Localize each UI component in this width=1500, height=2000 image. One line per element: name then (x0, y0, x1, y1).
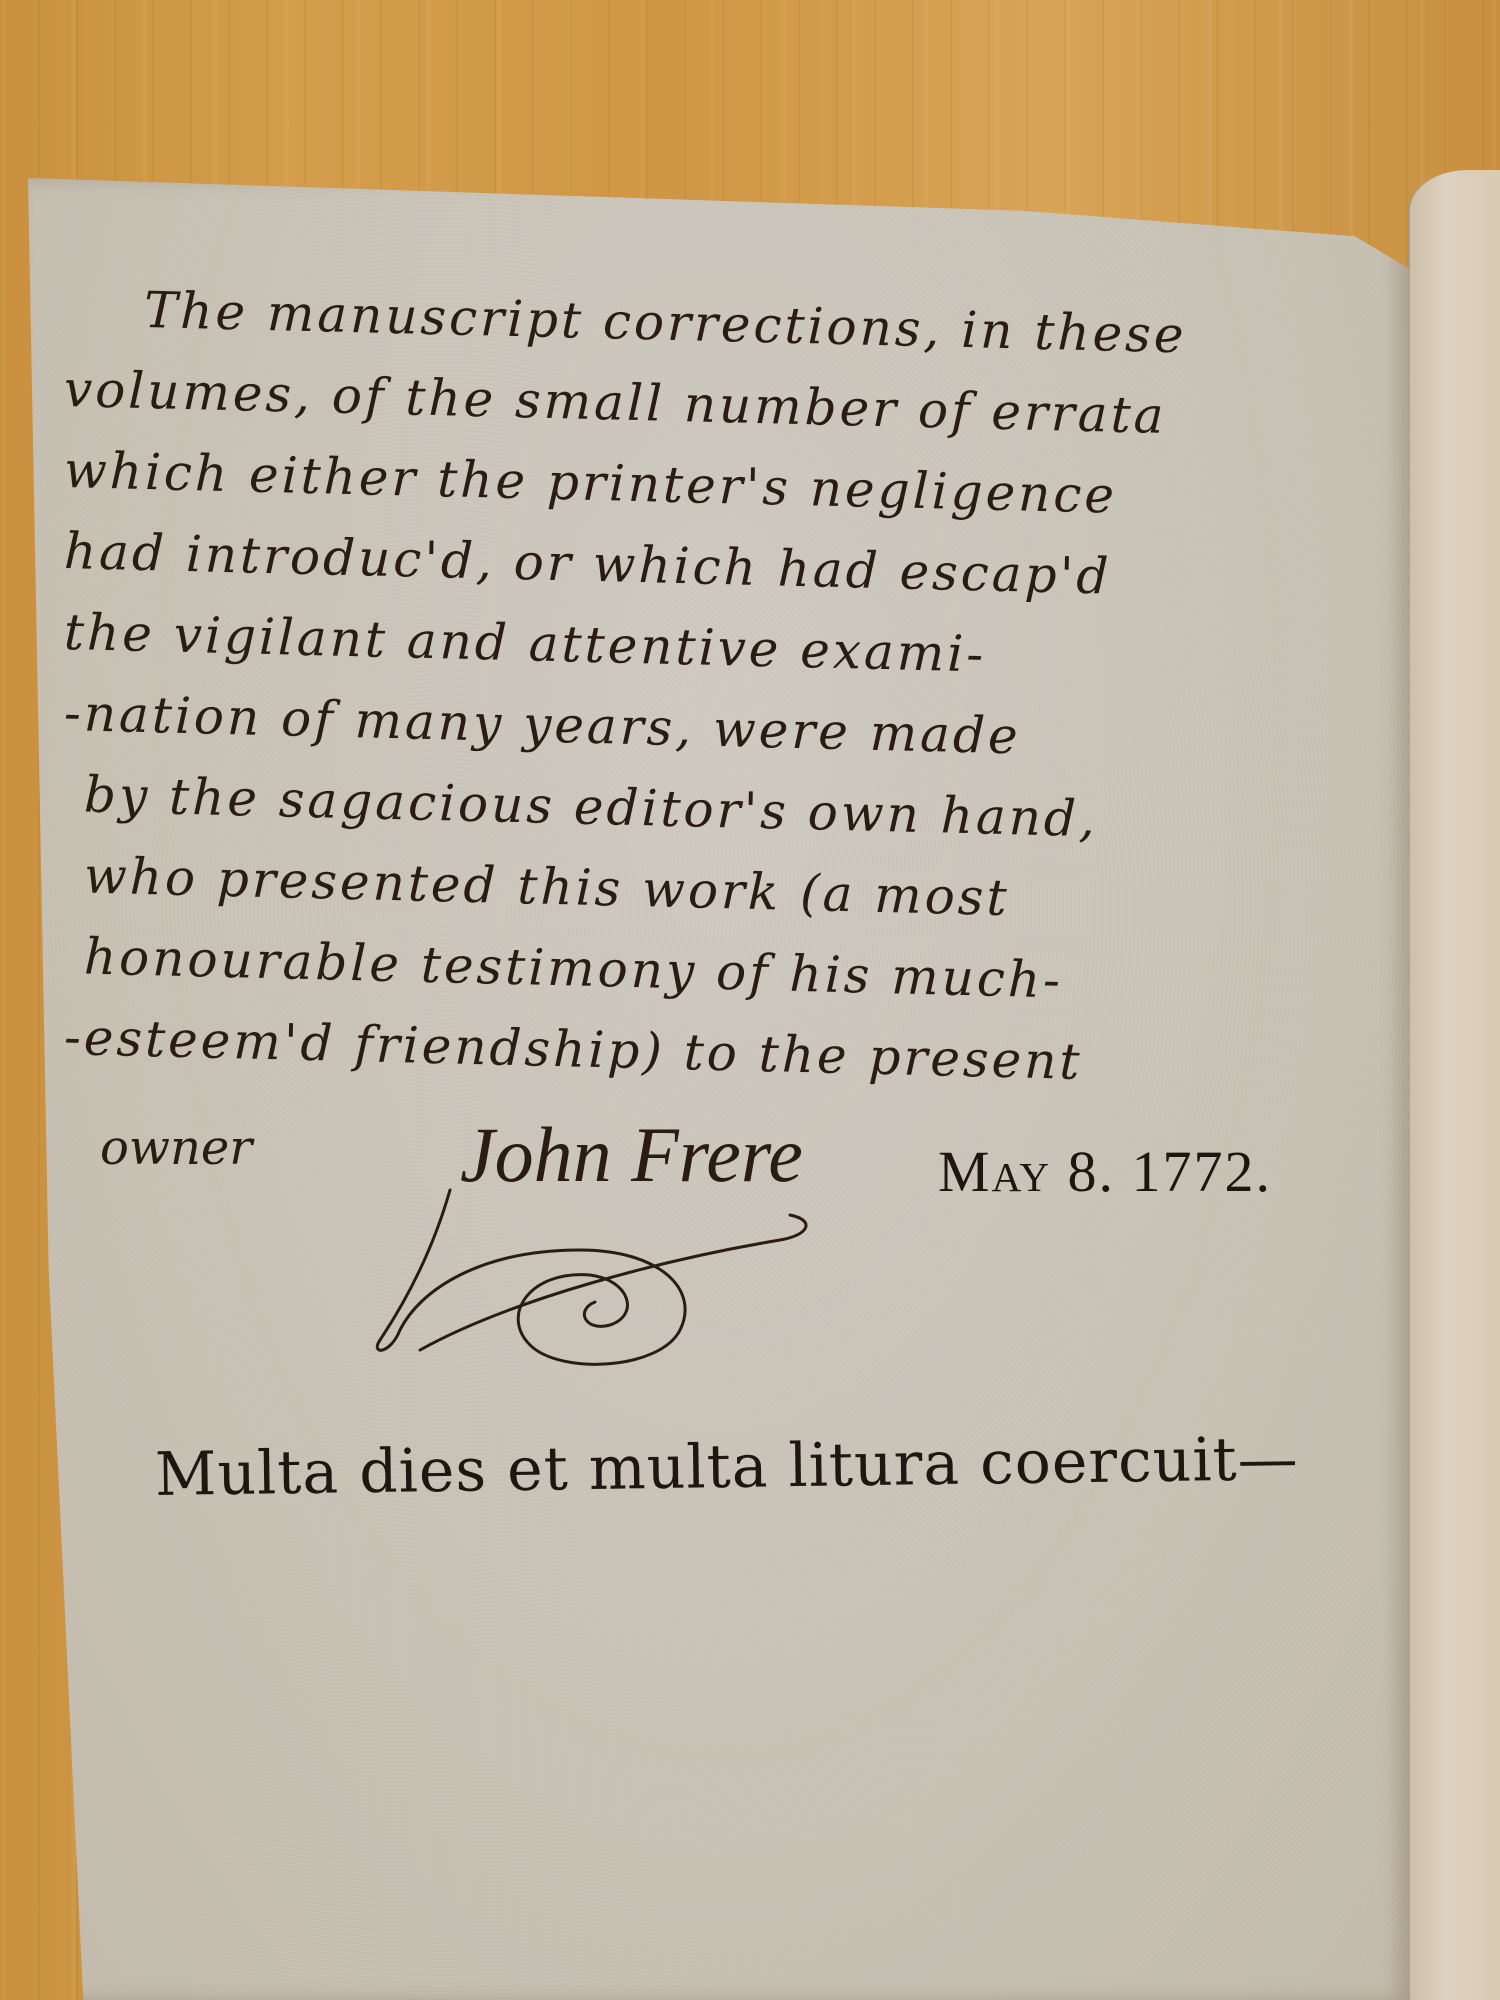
signature-block: owner John Frere May 8. 1772. (100, 1120, 1300, 1360)
closing-word: owner (100, 1120, 252, 1176)
signature-flourish-icon (360, 1180, 840, 1380)
handwritten-inscription: The manuscript corrections, in these vol… (64, 268, 1404, 1078)
facing-page-edge (1408, 170, 1500, 2000)
inscription-date: May 8. 1772. (938, 1138, 1272, 1205)
